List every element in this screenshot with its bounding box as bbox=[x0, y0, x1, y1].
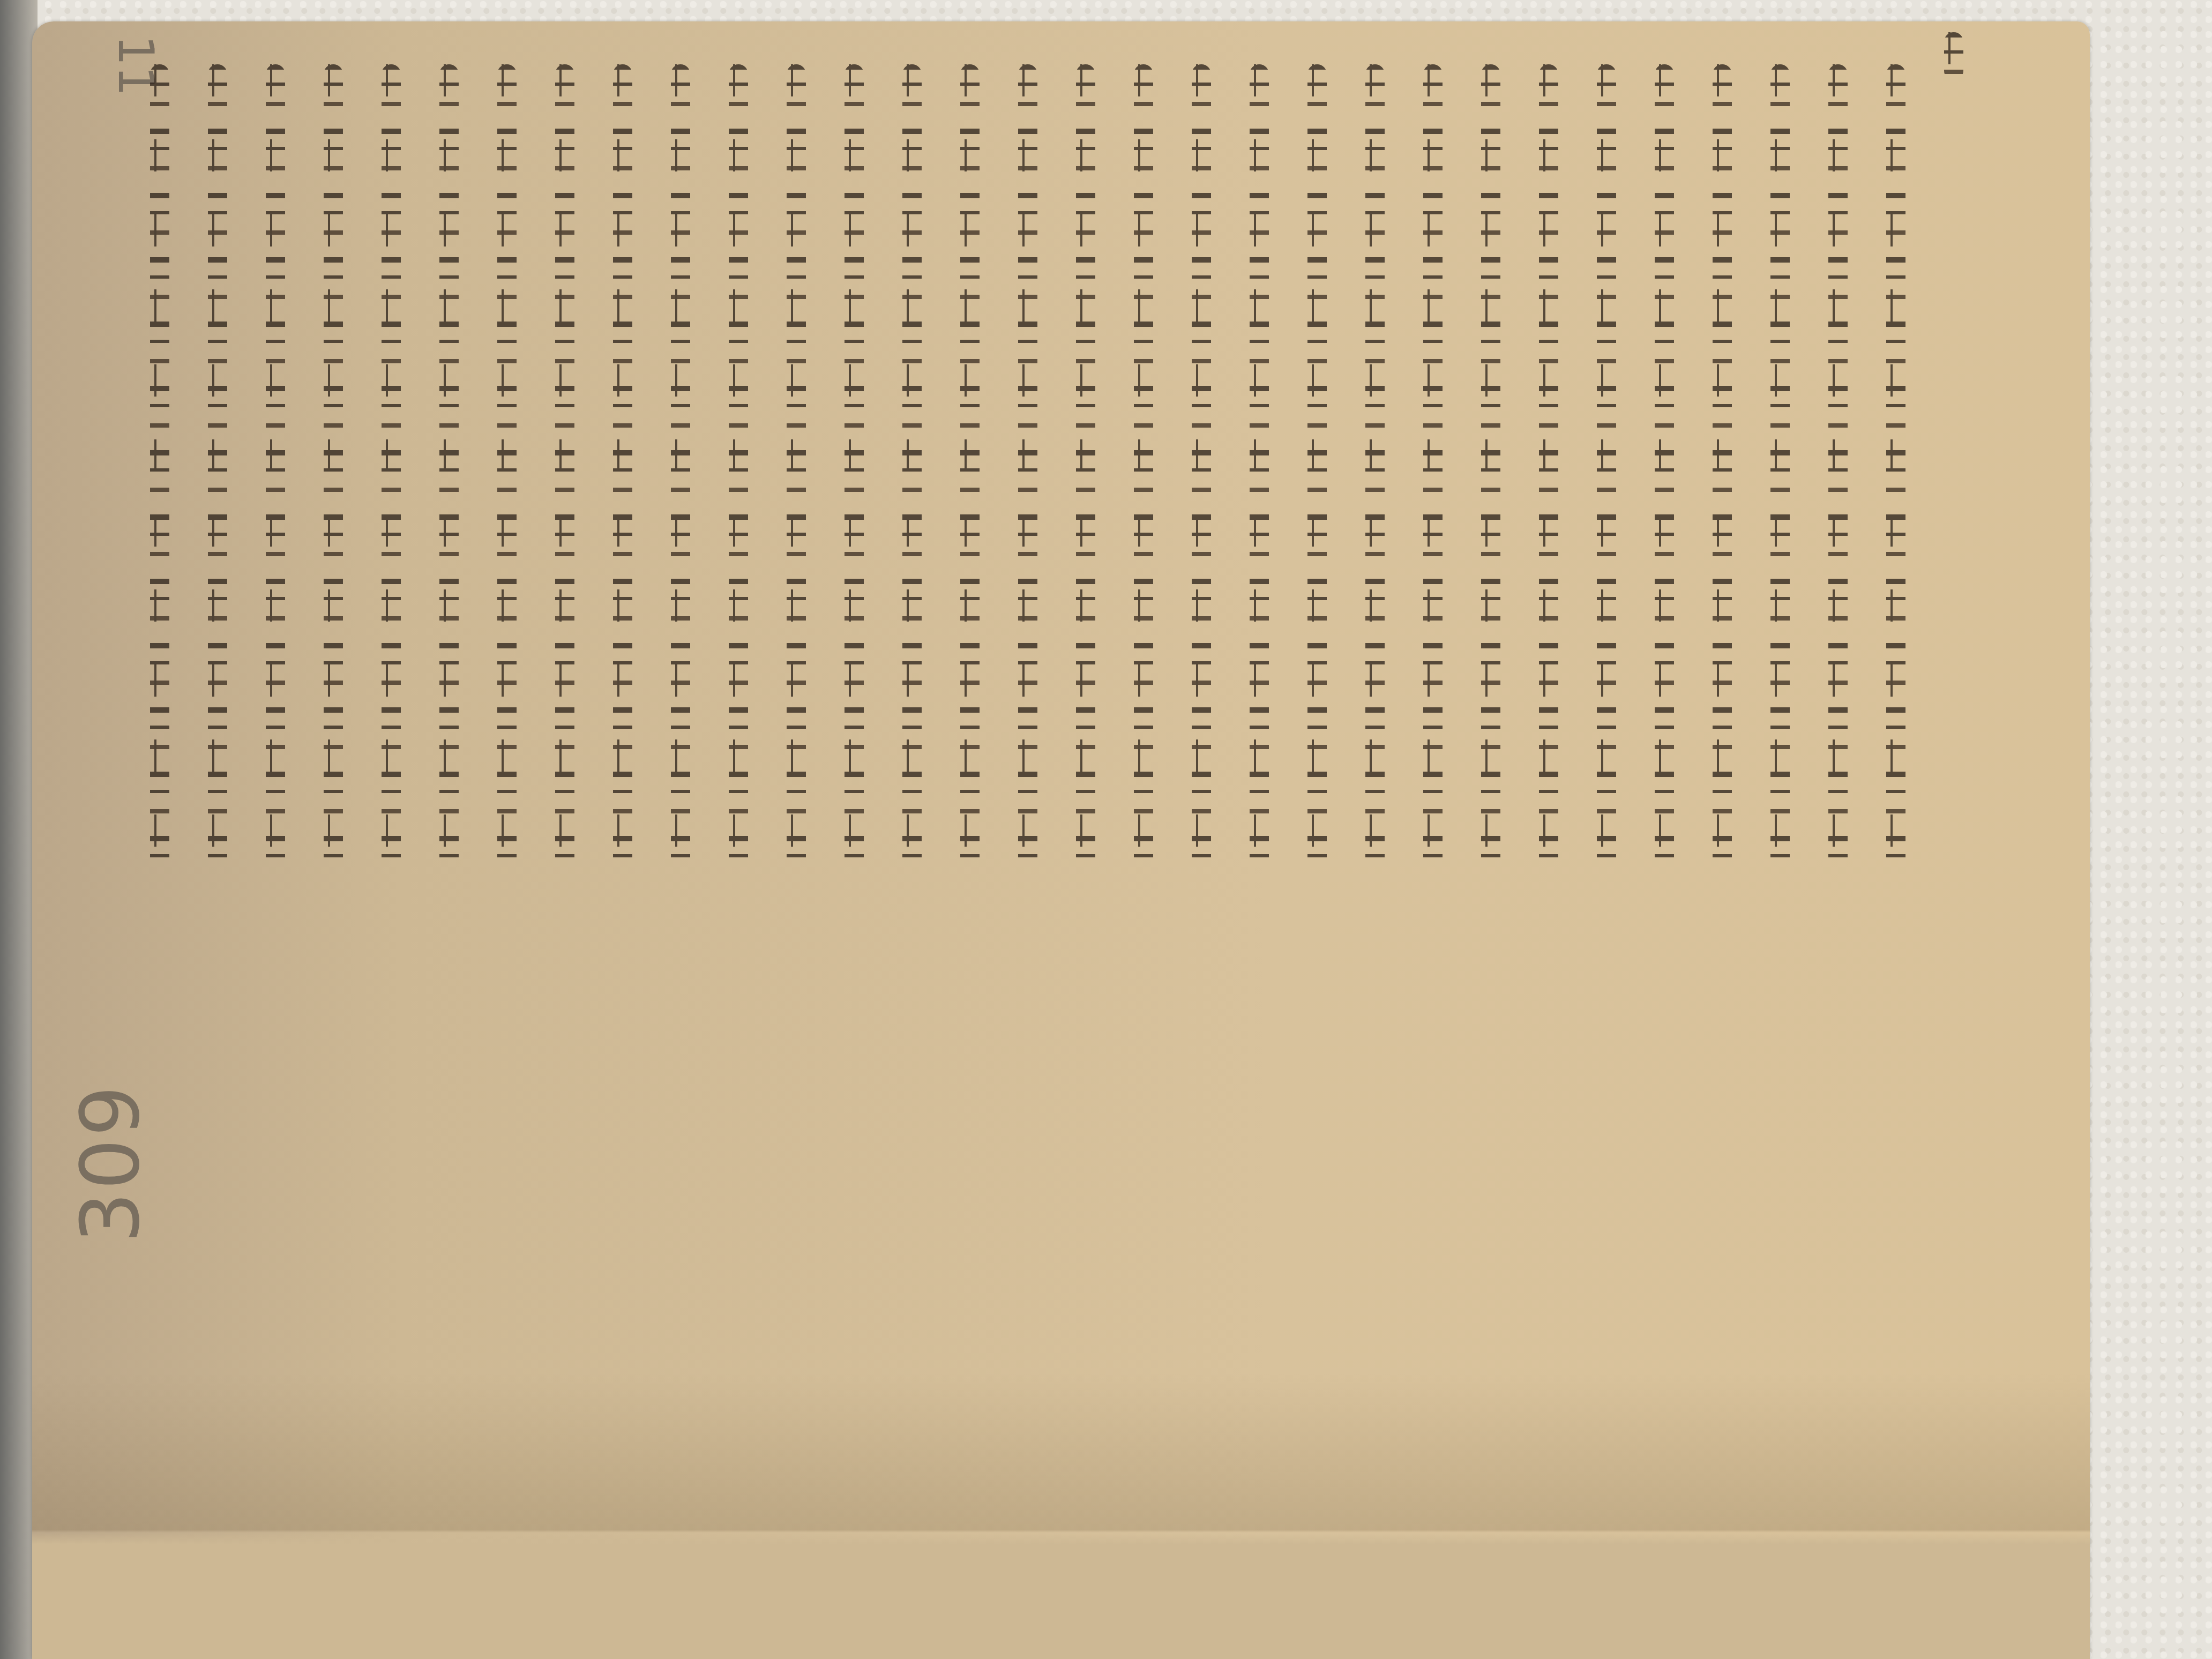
handwritten-line: [illegible handwriting] bbox=[845, 64, 864, 868]
handwritten-line-text: [illegible handwriting] bbox=[497, 64, 498, 65]
handwritten-line-text: [illegible handwriting] bbox=[555, 64, 556, 65]
handwritten-line: [illegible handwriting] bbox=[729, 64, 748, 868]
handwritten-line-text: [illegible handwriting] bbox=[266, 64, 266, 65]
handwritten-line: [illegible handwriting] bbox=[1250, 64, 1269, 868]
handwritten-line-text: [illegible handwriting] bbox=[1365, 64, 1366, 65]
handwritten-text-block: [illegible handwriting][illegible handwr… bbox=[150, 21, 2058, 890]
handwritten-line: [illegible handwriting] bbox=[902, 64, 922, 868]
handwritten-line-text: [illegible handwriting] bbox=[1307, 64, 1308, 65]
handwritten-line-text: [illegible handwriting] bbox=[208, 64, 208, 65]
handwritten-line: [illegible handwriting] bbox=[1713, 64, 1732, 868]
handwritten-line: [illegible handwriting] bbox=[787, 64, 806, 868]
handwritten-line: [illegible handwriting] bbox=[671, 64, 690, 868]
handwritten-line-text: [illegible handwriting] bbox=[1828, 64, 1829, 65]
handwritten-line: [illegible handwriting] (catchword) bbox=[1944, 32, 1963, 80]
handwritten-line-text: [illegible handwriting] bbox=[960, 64, 961, 65]
handwritten-line-text: [illegible handwriting] bbox=[1134, 64, 1134, 65]
handwritten-line-text: [illegible handwriting] bbox=[1250, 64, 1250, 65]
handwritten-line-text: [illegible handwriting] bbox=[324, 64, 324, 65]
handwritten-line: [illegible handwriting] bbox=[266, 64, 285, 868]
handwritten-line-text: [illegible handwriting] bbox=[1713, 64, 1713, 65]
page-number: 309 bbox=[64, 1083, 158, 1243]
handwritten-line-text: [illegible handwriting] bbox=[1018, 64, 1019, 65]
handwritten-line-text: [illegible handwriting] bbox=[382, 64, 382, 65]
handwritten-line-text: [illegible handwriting] bbox=[1886, 64, 1887, 65]
handwritten-line: [illegible handwriting] bbox=[1886, 64, 1905, 868]
handwritten-line: [illegible handwriting] bbox=[960, 64, 980, 868]
handwritten-line-text: [illegible handwriting] bbox=[613, 64, 614, 65]
handwritten-line-text: [illegible handwriting] bbox=[1481, 64, 1482, 65]
handwritten-line: [illegible handwriting] bbox=[555, 64, 574, 868]
handwritten-line: [illegible handwriting] bbox=[1423, 64, 1443, 868]
handwritten-line-text: [illegible handwriting] bbox=[1076, 64, 1077, 65]
handwritten-line-text: [illegible handwriting] bbox=[1597, 64, 1597, 65]
handwritten-line: [illegible handwriting] bbox=[1365, 64, 1385, 868]
handwritten-line-text: [illegible handwriting] bbox=[729, 64, 729, 65]
handwritten-line: [illegible handwriting] bbox=[1192, 64, 1211, 868]
handwritten-line-text: [illegible handwriting] bbox=[1192, 64, 1192, 65]
handwritten-line-text: [illegible handwriting] (catchword) bbox=[1944, 32, 1945, 33]
handwritten-line-text: [illegible handwriting] bbox=[439, 64, 440, 65]
handwritten-line: [illegible handwriting] bbox=[1307, 64, 1327, 868]
handwritten-line: [illegible handwriting] bbox=[208, 64, 227, 868]
handwritten-line: [illegible handwriting] bbox=[613, 64, 632, 868]
handwritten-line: [illegible handwriting] bbox=[1655, 64, 1674, 868]
handwritten-line: [illegible handwriting] bbox=[1770, 64, 1790, 868]
handwritten-line-text: [illegible handwriting] bbox=[1539, 64, 1540, 65]
handwritten-line-text: [illegible handwriting] bbox=[1770, 64, 1771, 65]
handwritten-line: [illegible handwriting] bbox=[497, 64, 517, 868]
handwritten-line: [illegible handwriting] bbox=[1076, 64, 1095, 868]
handwritten-line: [illegible handwriting] bbox=[439, 64, 459, 868]
handwritten-line: [illegible handwriting] bbox=[1828, 64, 1848, 868]
handwritten-line: [illegible handwriting] bbox=[1539, 64, 1558, 868]
handwritten-line: [illegible handwriting] bbox=[1597, 64, 1616, 868]
handwritten-line-text: [illegible handwriting] bbox=[1655, 64, 1655, 65]
handwritten-line: [illegible handwriting] bbox=[150, 64, 169, 868]
handwritten-line-text: [illegible handwriting] bbox=[150, 64, 151, 65]
handwritten-line-text: [illegible handwriting] bbox=[845, 64, 845, 65]
handwritten-line: [illegible handwriting] bbox=[1134, 64, 1153, 868]
handwritten-line-text: [illegible handwriting] bbox=[902, 64, 903, 65]
handwritten-line-text: [illegible handwriting] bbox=[1423, 64, 1424, 65]
handwritten-line: [illegible handwriting] bbox=[1481, 64, 1500, 868]
handwritten-line: [illegible handwriting] bbox=[382, 64, 401, 868]
handwritten-line-text: [illegible handwriting] bbox=[787, 64, 787, 65]
page-fold bbox=[32, 1372, 2090, 1659]
handwritten-line: [illegible handwriting] bbox=[1018, 64, 1037, 868]
handwritten-line-text: [illegible handwriting] bbox=[671, 64, 671, 65]
handwritten-line: [illegible handwriting] bbox=[324, 64, 343, 868]
